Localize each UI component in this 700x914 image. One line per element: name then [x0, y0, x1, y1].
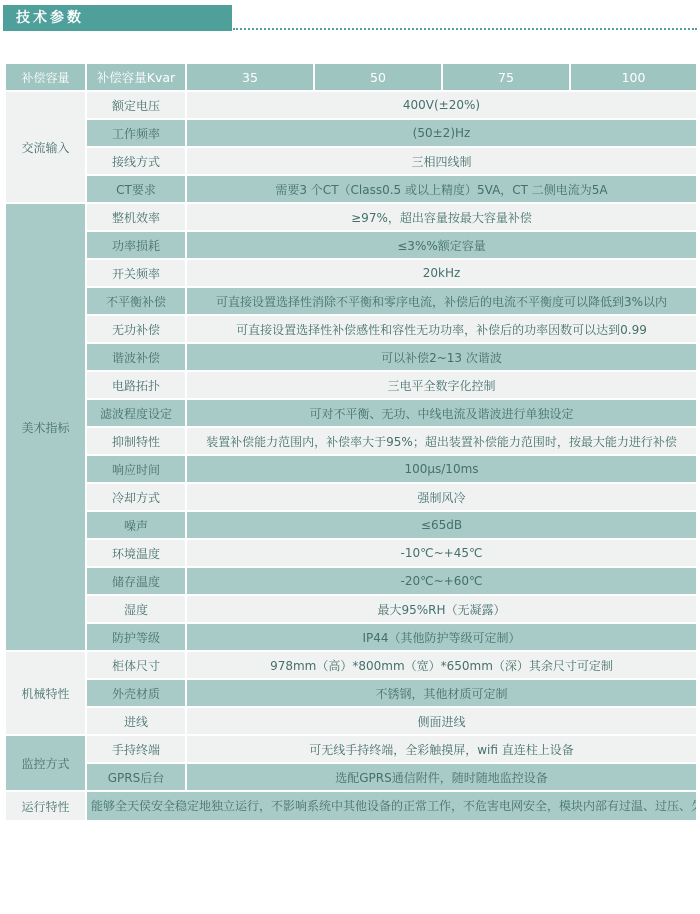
value-cell: 最大95%RH（无凝露） [186, 595, 697, 623]
table-row: 开关频率20kHz [5, 259, 697, 287]
category-cell: 运行特性 [5, 791, 86, 821]
table-row: 运行特性能够全天侯安全稳定地独立运行，不影响系统中其他设备的正常工作，不危害电网… [5, 791, 697, 821]
header-capacity-value-1: 50 [314, 63, 442, 91]
value-cell: 100μs/10ms [186, 455, 697, 483]
category-cell: 机械特性 [5, 651, 86, 735]
table-row: 工作频率(50±2)Hz [5, 119, 697, 147]
table-row: 美术指标整机效率≥97%，超出容量按最大容量补偿 [5, 203, 697, 231]
value-cell: 可以补偿2~13 次谐波 [186, 343, 697, 371]
param-cell: GPRS后台 [86, 763, 186, 791]
param-cell: 滤波程度设定 [86, 399, 186, 427]
table-row: 噪声≤65dB [5, 511, 697, 539]
value-cell: 强制风冷 [186, 483, 697, 511]
table-row: 交流输入额定电压400V(±20%) [5, 91, 697, 119]
param-cell: 整机效率 [86, 203, 186, 231]
category-cell: 美术指标 [5, 203, 86, 651]
param-cell: 无功补偿 [86, 315, 186, 343]
table-row: 不平衡补偿可直接设置选择性消除不平衡和零序电流，补偿后的电流不平衡度可以降低到3… [5, 287, 697, 315]
param-cell: 防护等级 [86, 623, 186, 651]
param-cell: 额定电压 [86, 91, 186, 119]
table-row: GPRS后台选配GPRS通信附件，随时随地监控设备 [5, 763, 697, 791]
header-category-cell: 补偿容量 [5, 63, 86, 91]
table-row: 冷却方式强制风冷 [5, 483, 697, 511]
table-row: 监控方式手持终端可无线手持终端，全彩触摸屏，wifi 直连柱上设备 [5, 735, 697, 763]
value-cell: ≤65dB [186, 511, 697, 539]
param-cell: 储存温度 [86, 567, 186, 595]
table-row: 储存温度-20℃~+60℃ [5, 567, 697, 595]
param-cell: 开关频率 [86, 259, 186, 287]
table-row: 电路拓扑三电平全数字化控制 [5, 371, 697, 399]
table-row: 无功补偿可直接设置选择性补偿感性和容性无功功率，补偿后的功率因数可以达到0.99 [5, 315, 697, 343]
header-capacity-value-0: 35 [186, 63, 314, 91]
value-cell: 20kHz [186, 259, 697, 287]
table-row: 环境温度-10℃~+45℃ [5, 539, 697, 567]
header-capacity-value-3: 100 [570, 63, 697, 91]
category-cell: 交流输入 [5, 91, 86, 203]
value-cell: -20℃~+60℃ [186, 567, 697, 595]
table-header-row: 补偿容量补偿容量Kvar355075100 [5, 63, 697, 91]
value-cell: 三相四线制 [186, 147, 697, 175]
param-cell: 进线 [86, 707, 186, 735]
table-row: 响应时间100μs/10ms [5, 455, 697, 483]
value-cell: 可对不平衡、无功、中线电流及谐波进行单独设定 [186, 399, 697, 427]
value-cell: 不锈钢，其他材质可定制 [186, 679, 697, 707]
category-cell: 监控方式 [5, 735, 86, 791]
value-cell: IP44（其他防护等级可定制） [186, 623, 697, 651]
value-cell: 400V(±20%) [186, 91, 697, 119]
param-cell: 不平衡补偿 [86, 287, 186, 315]
value-cell: 装置补偿能力范围内，补偿率大于95%；超出装置补偿能力范围时，按最大能力进行补偿 [186, 427, 697, 455]
param-cell: 抑制特性 [86, 427, 186, 455]
header-capacity-value-2: 75 [442, 63, 570, 91]
value-cell: 可直接设置选择性补偿感性和容性无功功率，补偿后的功率因数可以达到0.99 [186, 315, 697, 343]
table-row: 谐波补偿可以补偿2~13 次谐波 [5, 343, 697, 371]
param-cell: 噪声 [86, 511, 186, 539]
value-cell: 978mm（高）*800mm（宽）*650mm（深）其余尺寸可定制 [186, 651, 697, 679]
param-cell: 接线方式 [86, 147, 186, 175]
spec-table-container: 补偿容量补偿容量Kvar355075100交流输入额定电压400V(±20%)工… [4, 62, 696, 822]
param-cell: 手持终端 [86, 735, 186, 763]
header-param-cell: 补偿容量Kvar [86, 63, 186, 91]
param-cell: 外壳材质 [86, 679, 186, 707]
value-cell: 选配GPRS通信附件，随时随地监控设备 [186, 763, 697, 791]
value-cell: 可无线手持终端，全彩触摸屏，wifi 直连柱上设备 [186, 735, 697, 763]
param-cell: 工作频率 [86, 119, 186, 147]
param-cell: 电路拓扑 [86, 371, 186, 399]
value-cell: (50±2)Hz [186, 119, 697, 147]
table-row: 机械特性柜体尺寸978mm（高）*800mm（宽）*650mm（深）其余尺寸可定… [5, 651, 697, 679]
spec-table: 补偿容量补偿容量Kvar355075100交流输入额定电压400V(±20%)工… [4, 62, 698, 822]
param-cell: 湿度 [86, 595, 186, 623]
table-row: 防护等级IP44（其他防护等级可定制） [5, 623, 697, 651]
table-row: 进线侧面进线 [5, 707, 697, 735]
table-row: 接线方式三相四线制 [5, 147, 697, 175]
param-cell: 谐波补偿 [86, 343, 186, 371]
table-row: CT要求需要3 个CT（Class0.5 或以上精度）5VA，CT 二侧电流为5… [5, 175, 697, 203]
table-row: 功率损耗≤3%%额定容量 [5, 231, 697, 259]
value-cell: ≥97%，超出容量按最大容量补偿 [186, 203, 697, 231]
value-cell: 能够全天侯安全稳定地独立运行，不影响系统中其他设备的正常工作，不危害电网安全，模… [86, 791, 697, 821]
value-cell: 侧面进线 [186, 707, 697, 735]
page-title-label: 技术参数 [16, 10, 84, 26]
value-cell: ≤3%%额定容量 [186, 231, 697, 259]
value-cell: 可直接设置选择性消除不平衡和零序电流，补偿后的电流不平衡度可以降低到3%以内 [186, 287, 697, 315]
param-cell: CT要求 [86, 175, 186, 203]
value-cell: -10℃~+45℃ [186, 539, 697, 567]
table-row: 外壳材质不锈钢，其他材质可定制 [5, 679, 697, 707]
value-cell: 需要3 个CT（Class0.5 或以上精度）5VA，CT 二侧电流为5A [186, 175, 697, 203]
param-cell: 冷却方式 [86, 483, 186, 511]
table-row: 抑制特性装置补偿能力范围内，补偿率大于95%；超出装置补偿能力范围时，按最大能力… [5, 427, 697, 455]
page-title: 技术参数 [3, 5, 232, 31]
value-cell: 三电平全数字化控制 [186, 371, 697, 399]
table-row: 湿度最大95%RH（无凝露） [5, 595, 697, 623]
param-cell: 响应时间 [86, 455, 186, 483]
param-cell: 柜体尺寸 [86, 651, 186, 679]
title-dotted-divider [233, 28, 697, 30]
param-cell: 功率损耗 [86, 231, 186, 259]
table-row: 滤波程度设定可对不平衡、无功、中线电流及谐波进行单独设定 [5, 399, 697, 427]
param-cell: 环境温度 [86, 539, 186, 567]
